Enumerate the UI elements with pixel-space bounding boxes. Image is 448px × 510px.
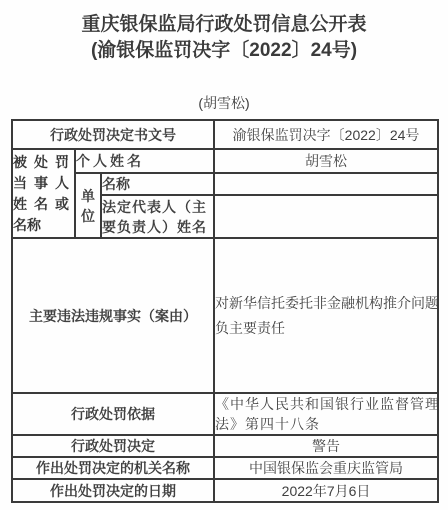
- row-personal-name: 被处罚 当事人 姓名或 名称 个人姓名 胡雪松: [12, 149, 438, 173]
- facts-value-line-1: 对新华信托委托非金融机构推介问题: [215, 291, 437, 316]
- title-line-2: (渝银保监罚决字〔2022〕24号): [0, 38, 448, 64]
- party-label-line-4: 名称: [13, 215, 74, 236]
- decision-label: 行政处罚决定: [12, 435, 214, 457]
- facts-value-line-2: 负主要责任: [215, 316, 437, 341]
- legal-rep-value: [214, 195, 438, 238]
- doc-number-value: 渝银保监罚决字〔2022〕24号: [214, 120, 438, 149]
- authority-label: 作出处罚决定的机关名称: [12, 457, 214, 479]
- legal-rep-label-line-2: 要负责人）姓名: [102, 217, 213, 237]
- personal-name-value: 胡雪松: [214, 149, 438, 173]
- unit-name-label: 名称: [101, 173, 214, 195]
- unit-label-cell: 单 位: [75, 173, 101, 238]
- party-label-cell: 被处罚 当事人 姓名或 名称: [12, 149, 75, 238]
- date-value: 2022年7月6日: [214, 479, 438, 502]
- row-decision: 行政处罚决定 警告: [12, 435, 438, 457]
- date-label: 作出处罚决定的日期: [12, 479, 214, 502]
- row-facts: 主要违法违规事实（案由） 对新华信托委托非金融机构推介问题 负主要责任: [12, 238, 438, 393]
- row-date: 作出处罚决定的日期 2022年7月6日: [12, 479, 438, 502]
- legal-rep-label-cell: 法定代表人（主 要负责人）姓名: [101, 195, 214, 238]
- legal-rep-label-line-1: 法定代表人（主: [102, 197, 213, 217]
- basis-value-line-2: 法》第四十八条: [215, 414, 437, 434]
- row-basis: 行政处罚依据 《中华人民共和国银行业监督管理 法》第四十八条: [12, 393, 438, 435]
- basis-value-line-1: 《中华人民共和国银行业监督管理: [215, 394, 437, 414]
- row-doc-number: 行政处罚决定书文号 渝银保监罚决字〔2022〕24号: [12, 120, 438, 149]
- party-label-line-3: 姓名或: [13, 194, 74, 215]
- penalty-table: 行政处罚决定书文号 渝银保监罚决字〔2022〕24号 被处罚 当事人 姓名或 名…: [11, 119, 439, 503]
- basis-label: 行政处罚依据: [12, 393, 214, 435]
- facts-label: 主要违法违规事实（案由）: [12, 238, 214, 393]
- subject-name: (胡雪松): [0, 93, 448, 113]
- facts-value-cell: 对新华信托委托非金融机构推介问题 负主要责任: [214, 238, 438, 393]
- personal-name-label: 个人姓名: [75, 149, 214, 173]
- row-authority: 作出处罚决定的机关名称 中国银保监会重庆监管局: [12, 457, 438, 479]
- unit-name-value: [214, 173, 438, 195]
- unit-label-char-2: 位: [76, 206, 100, 226]
- title-line-1: 重庆银保监局行政处罚信息公开表: [0, 12, 448, 38]
- authority-value: 中国银保监会重庆监管局: [214, 457, 438, 479]
- decision-value: 警告: [214, 435, 438, 457]
- unit-label-char-1: 单: [76, 186, 100, 206]
- row-unit-name: 单 位 名称: [12, 173, 438, 195]
- page-title: 重庆银保监局行政处罚信息公开表 (渝银保监罚决字〔2022〕24号): [0, 12, 448, 64]
- doc-number-label: 行政处罚决定书文号: [12, 120, 214, 149]
- party-label-line-1: 被处罚: [13, 152, 74, 173]
- penalty-disclosure-page: 重庆银保监局行政处罚信息公开表 (渝银保监罚决字〔2022〕24号) (胡雪松)…: [0, 0, 448, 510]
- party-label-line-2: 当事人: [13, 173, 74, 194]
- basis-value-cell: 《中华人民共和国银行业监督管理 法》第四十八条: [214, 393, 438, 435]
